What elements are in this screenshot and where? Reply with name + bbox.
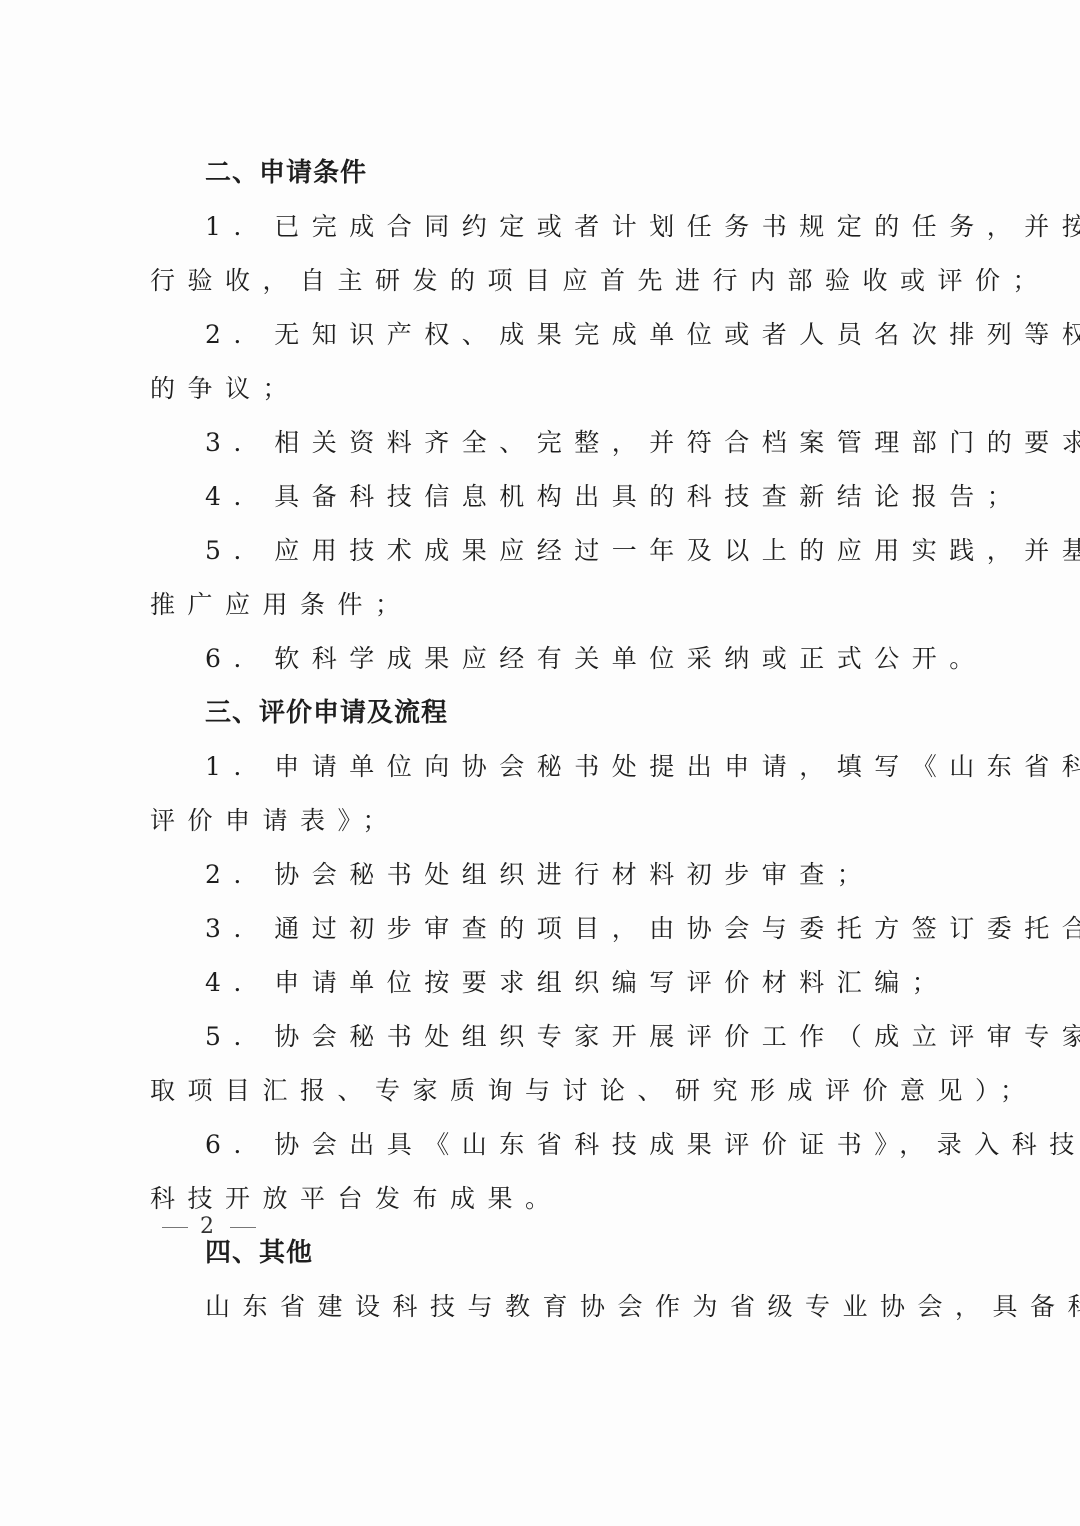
paragraph-line: 6. 协会出具《山东省科技成果评价证书》，录入科技成果库，: [150, 1118, 950, 1172]
paragraph-line: 山东省建设科技与教育协会作为省级专业协会，具备科技成: [150, 1280, 950, 1334]
document-body: 二、申请条件 1. 已完成合同约定或者计划任务书规定的任务，并按规定进 行验收，…: [150, 146, 950, 1334]
paragraph-line: 3. 相关资料齐全、完整，并符合档案管理部门的要求；: [150, 416, 950, 470]
paragraph-line: 4. 申请单位按要求组织编写评价材料汇编；: [150, 956, 950, 1010]
paragraph-line: 推广应用条件；: [150, 578, 950, 632]
dash-left: [162, 1227, 188, 1228]
paragraph-line: 5. 协会秘书处组织专家开展评价工作（成立评审专家组，听: [150, 1010, 950, 1064]
paragraph-line: 1. 申请单位向协会秘书处提出申请，填写《山东省科技成果: [150, 740, 950, 794]
paragraph-line: 2. 协会秘书处组织进行材料初步审查；: [150, 848, 950, 902]
page-number: 2: [200, 1214, 218, 1239]
paragraph-line: 的争议；: [150, 362, 950, 416]
section-heading-application-conditions: 二、申请条件: [150, 146, 950, 200]
dash-right: [230, 1227, 256, 1228]
paragraph-line: 1. 已完成合同约定或者计划任务书规定的任务，并按规定进: [150, 200, 950, 254]
paragraph-line: 评价申请表》；: [150, 794, 950, 848]
paragraph-line: 3. 通过初步审查的项目，由协会与委托方签订委托合同；: [150, 902, 950, 956]
paragraph-line: 科技开放平台发布成果。: [150, 1172, 950, 1226]
paragraph-line: 2. 无知识产权、成果完成单位或者人员名次排列等权属方面: [150, 308, 950, 362]
section-heading-evaluation-process: 三、评价申请及流程: [150, 686, 950, 740]
paragraph-line: 4. 具备科技信息机构出具的科技查新结论报告；: [150, 470, 950, 524]
page-number-footer: 2: [150, 1214, 268, 1239]
section-heading-other: 四、其他: [150, 1226, 950, 1280]
paragraph-line: 5. 应用技术成果应经过一年及以上的应用实践，并基本具备: [150, 524, 950, 578]
paragraph-line: 行验收，自主研发的项目应首先进行内部验收或评价；: [150, 254, 950, 308]
paragraph-line: 取项目汇报、专家质询与讨论、研究形成评价意见）；: [150, 1064, 950, 1118]
paragraph-line: 6. 软科学成果应经有关单位采纳或正式公开。: [150, 632, 950, 686]
document-page: 二、申请条件 1. 已完成合同约定或者计划任务书规定的任务，并按规定进 行验收，…: [0, 0, 1080, 1526]
